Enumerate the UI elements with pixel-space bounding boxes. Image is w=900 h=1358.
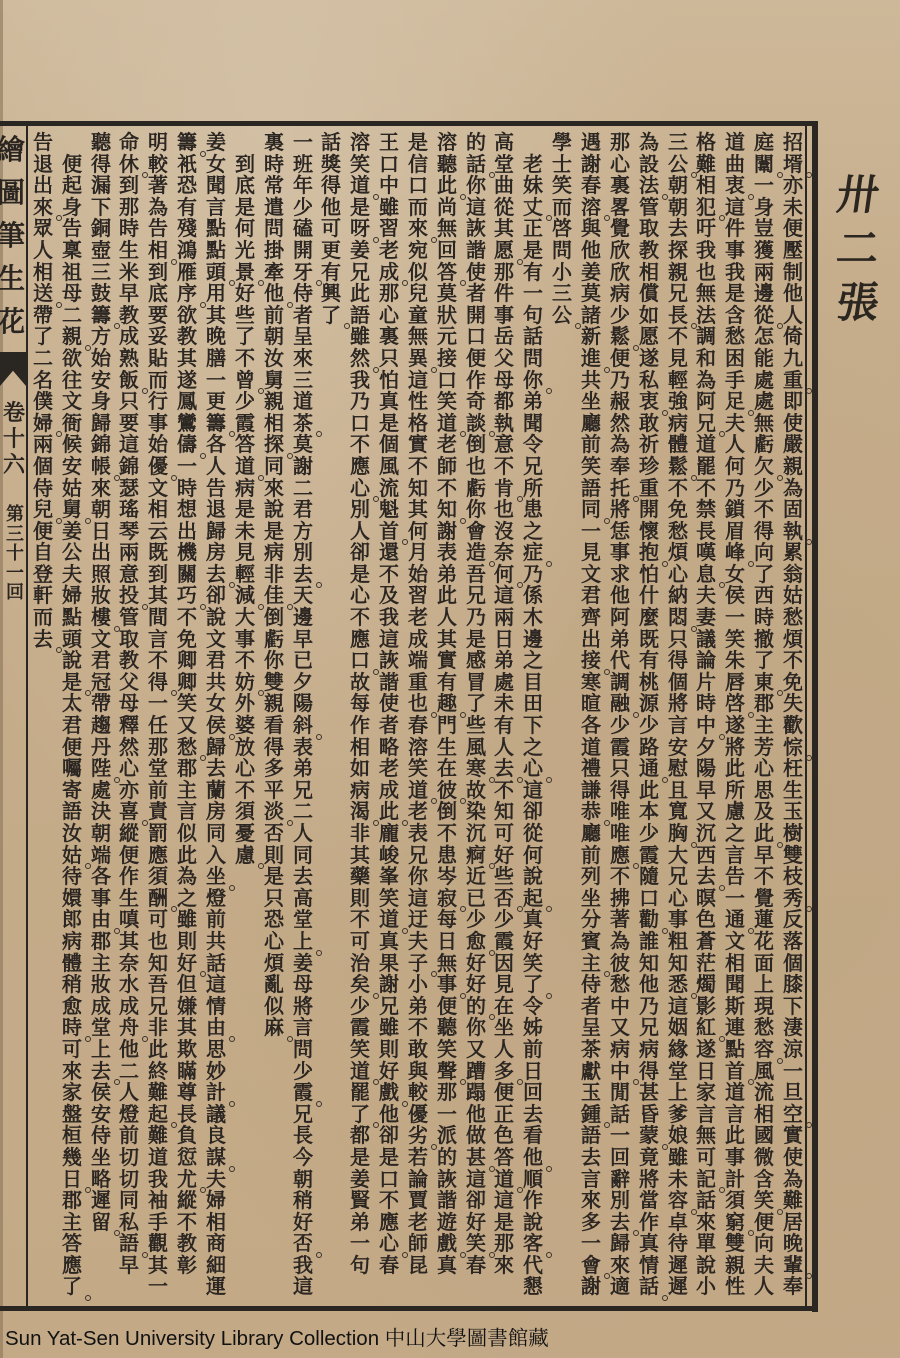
character: 各 <box>577 715 605 737</box>
character: 手 <box>721 370 749 392</box>
character: 言 <box>144 629 172 651</box>
character: 暄 <box>577 693 605 715</box>
character: 堂 <box>87 1017 115 1039</box>
character: 眉 <box>721 521 749 543</box>
character: 他 <box>577 240 605 262</box>
character: 兩 <box>115 542 143 564</box>
character: 到 <box>231 154 259 176</box>
character: 件 <box>721 218 749 240</box>
character: 事 <box>664 909 692 931</box>
character: 異 <box>404 348 432 370</box>
character: 其 <box>144 1255 172 1277</box>
character: 曲 <box>721 154 749 176</box>
character: 實 <box>433 650 461 672</box>
character: 子 <box>404 953 432 975</box>
character: 兄 <box>346 262 374 284</box>
character: 日 <box>490 629 518 651</box>
character: 如 <box>635 305 663 327</box>
character: 好 <box>289 1212 317 1234</box>
character: 夫 <box>202 1169 230 1191</box>
character: 下 <box>87 197 115 219</box>
character: 姑 <box>58 845 86 867</box>
character: 點 <box>721 1039 749 1061</box>
character: 相 <box>144 240 172 262</box>
character: 帶 <box>29 305 57 327</box>
character: 情 <box>202 996 230 1018</box>
character: 歸 <box>202 737 230 759</box>
character: 源 <box>635 693 663 715</box>
character: 可 <box>692 1147 720 1169</box>
character: 不 <box>433 478 461 500</box>
character: 去 <box>202 564 230 586</box>
character: 則 <box>375 1039 403 1061</box>
character: 姜 <box>346 1169 374 1191</box>
character: 邊 <box>750 283 778 305</box>
character: 妨 <box>231 672 259 694</box>
character: 闈 <box>750 154 778 176</box>
character: 諸 <box>577 305 605 327</box>
character: 二 <box>58 305 86 327</box>
character: 面 <box>750 953 778 975</box>
character: 其 <box>404 499 432 521</box>
character: 及 <box>375 585 403 607</box>
character: 心 <box>664 564 692 586</box>
character: 日 <box>692 1061 720 1083</box>
character: 口 <box>346 650 374 672</box>
character: 旦 <box>779 1082 807 1104</box>
character: 粗 <box>664 931 692 953</box>
character: 那 <box>375 283 403 305</box>
character: 春 <box>462 1255 490 1277</box>
character: 為 <box>692 370 720 392</box>
character: 彼 <box>433 780 461 802</box>
character: 道 <box>433 413 461 435</box>
character: 雖 <box>173 909 201 931</box>
character: 郡 <box>87 931 115 953</box>
character: 頭 <box>58 629 86 651</box>
character: 豈 <box>750 218 778 240</box>
character: 了 <box>317 305 345 327</box>
character: 老 <box>404 607 432 629</box>
character: 起 <box>519 888 547 910</box>
character: 作 <box>115 866 143 888</box>
character: 語 <box>346 305 374 327</box>
character: 沉 <box>462 823 490 845</box>
character: 樹 <box>779 823 807 845</box>
character: 更 <box>202 391 230 413</box>
character: 蹧 <box>462 1061 490 1083</box>
character: 非 <box>260 564 288 586</box>
character: 儔 <box>173 434 201 456</box>
character: 賢 <box>346 1190 374 1212</box>
character: 唯 <box>606 823 634 845</box>
character: 為 <box>173 866 201 888</box>
text-column-3: 道曲衷這件事我是含愁困手足夫人何乃鎖眉峰女侯一笑朱唇啓遂將此所慮之言告一通文相聞… <box>721 132 749 1298</box>
character: 縱 <box>115 823 143 845</box>
character: 和 <box>692 348 720 370</box>
character: 廳 <box>577 823 605 845</box>
character: 幾 <box>58 1147 86 1169</box>
character: 渴 <box>346 801 374 823</box>
character: 去 <box>519 1104 547 1126</box>
character: 溶 <box>433 132 461 154</box>
character: 口 <box>433 370 461 392</box>
character: 未 <box>664 1169 692 1191</box>
character: 說 <box>202 607 230 629</box>
character: 水 <box>115 974 143 996</box>
character: 造 <box>462 542 490 564</box>
character: 你 <box>462 499 490 521</box>
character: 也 <box>462 456 490 478</box>
character: 告 <box>58 218 86 240</box>
character: 身 <box>750 197 778 219</box>
character: 此 <box>721 758 749 780</box>
character: 縱 <box>173 1190 201 1212</box>
character: 文 <box>58 391 86 413</box>
character: 前 <box>202 909 230 931</box>
character: 順 <box>519 1169 547 1191</box>
character: 房 <box>202 801 230 823</box>
character: 竟 <box>635 1147 663 1169</box>
character: 所 <box>519 478 547 500</box>
character: 終 <box>144 1061 172 1083</box>
character: 適 <box>606 1276 634 1298</box>
character: 兄 <box>289 780 317 802</box>
character: 母 <box>115 693 143 715</box>
character: 非 <box>346 823 374 845</box>
character: 中 <box>375 175 403 197</box>
character: 也 <box>144 931 172 953</box>
character: 任 <box>144 715 172 737</box>
character: 可 <box>144 909 172 931</box>
character: 東 <box>750 672 778 694</box>
character: 爹 <box>664 1104 692 1126</box>
character: 說 <box>692 1255 720 1277</box>
character: 想 <box>173 499 201 521</box>
character: 可 <box>58 1039 86 1061</box>
character: 國 <box>750 1125 778 1147</box>
character: 雖 <box>346 326 374 348</box>
text-column-12: 的話你這詼諧使者開口便作奇談倒也虧你會造吾兄乃是感冒了些風寒故染沉痾近已少愈好好… <box>462 132 490 1276</box>
character: 且 <box>664 780 692 802</box>
character: 去 <box>202 758 230 780</box>
character: 舅 <box>260 370 288 392</box>
character: 其 <box>346 845 374 867</box>
character: 觀 <box>144 1233 172 1255</box>
character: 班 <box>289 154 317 176</box>
character: 取 <box>635 218 663 240</box>
text-column-20: 到底是何光景好些了不曾少霞答道病是未見輕減大事不妨外婆放心不須憂慮 <box>231 154 259 867</box>
character: 免 <box>779 672 807 694</box>
character: 息 <box>692 564 720 586</box>
character: 日 <box>519 1061 547 1083</box>
character: 家 <box>58 1082 86 1104</box>
character: 遂 <box>692 1039 720 1061</box>
character: 還 <box>375 542 403 564</box>
character: 中 <box>692 715 720 737</box>
character: 告 <box>144 218 172 240</box>
character: 錦 <box>115 456 143 478</box>
character: 口 <box>375 1169 403 1191</box>
character: 償 <box>635 283 663 305</box>
character: 個 <box>779 953 807 975</box>
character: 兩 <box>29 434 57 456</box>
character: 切 <box>115 1169 143 1191</box>
character: 而 <box>548 197 576 219</box>
character: 心 <box>519 758 547 780</box>
character: 此 <box>721 1125 749 1147</box>
character: 天 <box>289 585 317 607</box>
character: 敢 <box>404 1039 432 1061</box>
character: 是 <box>231 197 259 219</box>
character: 者 <box>462 283 490 305</box>
character: 真 <box>635 1233 663 1255</box>
character: 衷 <box>721 175 749 197</box>
character: 事 <box>490 305 518 327</box>
character: 甚 <box>635 1082 663 1104</box>
character: 無 <box>404 326 432 348</box>
character: 吾 <box>462 564 490 586</box>
character: 事 <box>87 888 115 910</box>
character: 一 <box>173 456 201 478</box>
character: 彼 <box>606 953 634 975</box>
character: 一 <box>433 1104 461 1126</box>
character: 雙 <box>779 845 807 867</box>
character: 安 <box>664 737 692 759</box>
character: 答 <box>231 434 259 456</box>
character: 否 <box>289 1233 317 1255</box>
character: 翁 <box>779 564 807 586</box>
character: 說 <box>519 1212 547 1234</box>
character: 然 <box>115 737 143 759</box>
character: 師 <box>404 1233 432 1255</box>
character: 不 <box>231 780 259 802</box>
character: 語 <box>577 478 605 500</box>
character: 悉 <box>664 974 692 996</box>
character: 憂 <box>231 823 259 845</box>
character: 口 <box>346 413 374 435</box>
character: 兄 <box>289 1104 317 1126</box>
character: 難 <box>144 1082 172 1104</box>
character: 詼 <box>375 650 403 672</box>
character: 方 <box>289 521 317 543</box>
character: 設 <box>635 154 663 176</box>
character: 老 <box>404 1212 432 1234</box>
character: 岑 <box>433 866 461 888</box>
text-column-1: 招壻亦未便壓制他人倚九重即使嚴親為固執累翁姑愁煩不免失歡悰枉生玉樹雙枝秀反落個膝… <box>779 132 807 1298</box>
character: 十 <box>0 426 30 452</box>
character: 我 <box>144 1169 172 1191</box>
character: 晚 <box>779 1233 807 1255</box>
character: 二 <box>115 1061 143 1083</box>
character: 鼓 <box>87 283 115 305</box>
character: 抱 <box>635 542 663 564</box>
character: 相 <box>260 413 288 435</box>
character: 磕 <box>289 218 317 240</box>
character: 兄 <box>664 283 692 305</box>
character: 首 <box>375 521 403 543</box>
character: 卻 <box>202 585 230 607</box>
character: 寒 <box>577 672 605 694</box>
character: 口 <box>404 175 432 197</box>
character: 來 <box>692 1212 720 1234</box>
character: 點 <box>202 240 230 262</box>
character: 相 <box>750 1104 778 1126</box>
character: 難 <box>144 1125 172 1147</box>
character: 我 <box>375 607 403 629</box>
character: 當 <box>635 1190 663 1212</box>
character: 淒 <box>779 1017 807 1039</box>
character: 牽 <box>260 262 288 284</box>
character: 煩 <box>260 953 288 975</box>
character: 霞 <box>289 1082 317 1104</box>
character: 問 <box>260 218 288 240</box>
character: 你 <box>519 370 547 392</box>
character: 也 <box>404 693 432 715</box>
character: 裏 <box>260 132 288 154</box>
character: 別 <box>289 542 317 564</box>
character: 派 <box>433 1125 461 1147</box>
character: 真 <box>375 931 403 953</box>
character: 去 <box>289 564 317 586</box>
character: 愆 <box>173 1147 201 1169</box>
character: 前 <box>577 845 605 867</box>
character: 人 <box>29 240 57 262</box>
text-column-6: 為設法管取教相償如愿遂私衷敢祈珍重開懷抱怕什麼既有桃源少路通此本少霞隨口勸誰知他… <box>635 132 663 1298</box>
character: 多 <box>260 758 288 780</box>
character: 著 <box>144 175 172 197</box>
character: 木 <box>519 607 547 629</box>
character: 樓 <box>87 607 115 629</box>
character: 琴 <box>115 521 143 543</box>
character: 見 <box>490 974 518 996</box>
character: 乃 <box>635 996 663 1018</box>
character: 怕 <box>635 564 663 586</box>
character: 祖 <box>58 262 86 284</box>
character: 婦 <box>58 585 86 607</box>
character: 去 <box>692 866 720 888</box>
character: 愈 <box>58 996 86 1018</box>
character: 貼 <box>144 348 172 370</box>
character: 之 <box>519 521 547 543</box>
character: 令 <box>519 996 547 1018</box>
character: 的 <box>462 132 490 154</box>
character: 身 <box>87 391 115 413</box>
character: 時 <box>173 478 201 500</box>
character: 謝 <box>289 456 317 478</box>
character: 不 <box>346 434 374 456</box>
character: 女 <box>202 693 230 715</box>
character: 下 <box>779 996 807 1018</box>
character: 空 <box>779 1104 807 1126</box>
character: 來 <box>58 1061 86 1083</box>
character: 管 <box>635 197 663 219</box>
character: 又 <box>173 715 201 737</box>
character: 登 <box>29 564 57 586</box>
character: 恐 <box>260 909 288 931</box>
character: 頭 <box>202 262 230 284</box>
character: 一 <box>144 1276 172 1298</box>
character: 得 <box>635 1061 663 1083</box>
character: 裏 <box>606 175 634 197</box>
character: 事 <box>721 240 749 262</box>
character: 教 <box>173 326 201 348</box>
character: 似 <box>173 823 201 845</box>
character: 是 <box>58 672 86 694</box>
character: 笑 <box>577 456 605 478</box>
character: 蒙 <box>635 1125 663 1147</box>
character: 成 <box>375 262 403 284</box>
character: 慰 <box>664 758 692 780</box>
character: 非 <box>144 1017 172 1039</box>
character: 病 <box>58 931 86 953</box>
character: 待 <box>664 1233 692 1255</box>
character: 不 <box>606 866 634 888</box>
character: 風 <box>375 456 403 478</box>
character: 歸 <box>202 521 230 543</box>
character: 一 <box>519 283 547 305</box>
character: 姜 <box>289 953 317 975</box>
character: 二 <box>29 348 57 370</box>
character: 人 <box>289 823 317 845</box>
character: 口 <box>375 154 403 176</box>
character: 我 <box>692 240 720 262</box>
character: 道 <box>231 456 259 478</box>
text-column-15: 王口中雖習老成那心裏只怕真是個風流魁首還不及我這詼諧使者略老成此龐峻峯笑道真果謝… <box>375 132 403 1276</box>
character: 及 <box>750 801 778 823</box>
character: 花 <box>750 931 778 953</box>
character: 少 <box>490 909 518 931</box>
character: 都 <box>490 391 518 413</box>
text-column-14: 是信口而來宛似兒童無異這性格實不知其何月始習老成端重也春溶笑道老表兄你這迂夫子小… <box>404 132 432 1276</box>
character: 上 <box>87 1039 115 1061</box>
character: 得 <box>606 780 634 802</box>
character: 知 <box>144 953 172 975</box>
character: 侍 <box>577 974 605 996</box>
character: 不 <box>231 650 259 672</box>
character: 相 <box>29 262 57 284</box>
character: 妝 <box>87 585 115 607</box>
character: 他 <box>317 197 345 219</box>
character: 然 <box>346 348 374 370</box>
character: 第 <box>0 505 31 525</box>
character: 姜 <box>202 132 230 154</box>
character: 使 <box>462 262 490 284</box>
character: 笑 <box>462 1233 490 1255</box>
character: 此 <box>144 1039 172 1061</box>
character: 心 <box>750 758 778 780</box>
character: 論 <box>404 1169 432 1191</box>
character: 獎 <box>317 154 345 176</box>
character: 懷 <box>635 521 663 543</box>
character: 一 <box>606 1125 634 1147</box>
character: 答 <box>490 1147 518 1169</box>
character: 便 <box>115 845 143 867</box>
character: 莫 <box>289 434 317 456</box>
character: 教 <box>635 240 663 262</box>
character: 記 <box>692 1169 720 1191</box>
character: 三 <box>0 525 31 545</box>
character: 倒 <box>260 607 288 629</box>
character: 決 <box>87 801 115 823</box>
character: 便 <box>750 1212 778 1234</box>
character: 色 <box>490 1125 518 1147</box>
character: 安 <box>58 456 86 478</box>
character: 王 <box>375 132 403 154</box>
character: 暝 <box>692 888 720 910</box>
character: 重 <box>635 478 663 500</box>
character: 為 <box>606 434 634 456</box>
